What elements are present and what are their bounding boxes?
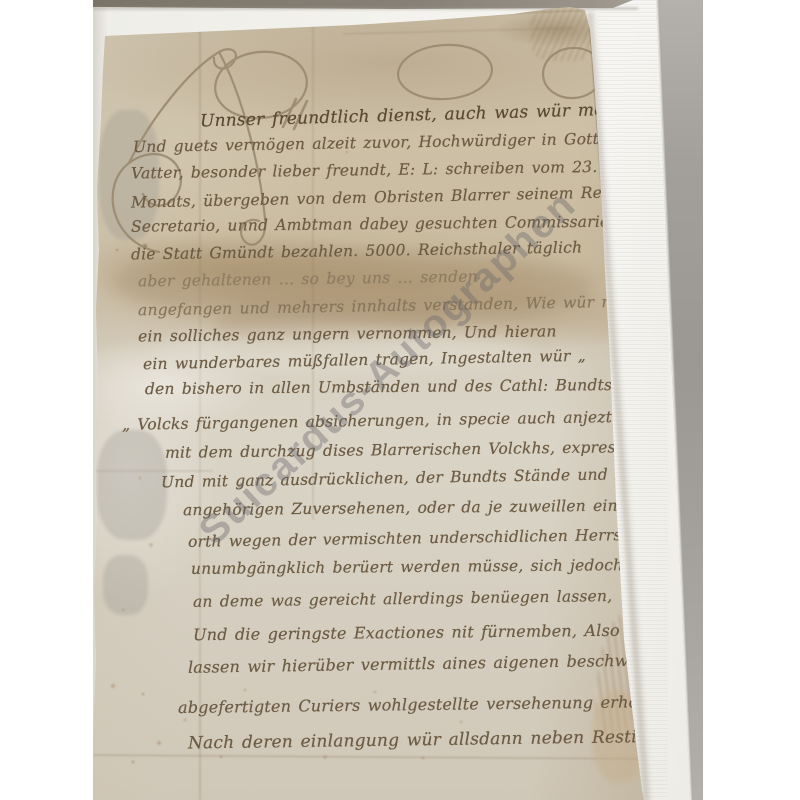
ink-show-through <box>97 430 167 540</box>
photo: Unnser freundtlich dienst, auch was wür … <box>93 0 703 800</box>
ink-show-through <box>103 555 148 615</box>
manuscript-line: unumbgängklich berüert werden müsse, sic… <box>191 556 623 578</box>
page: Unnser freundtlich dienst, auch was wür … <box>0 0 800 800</box>
